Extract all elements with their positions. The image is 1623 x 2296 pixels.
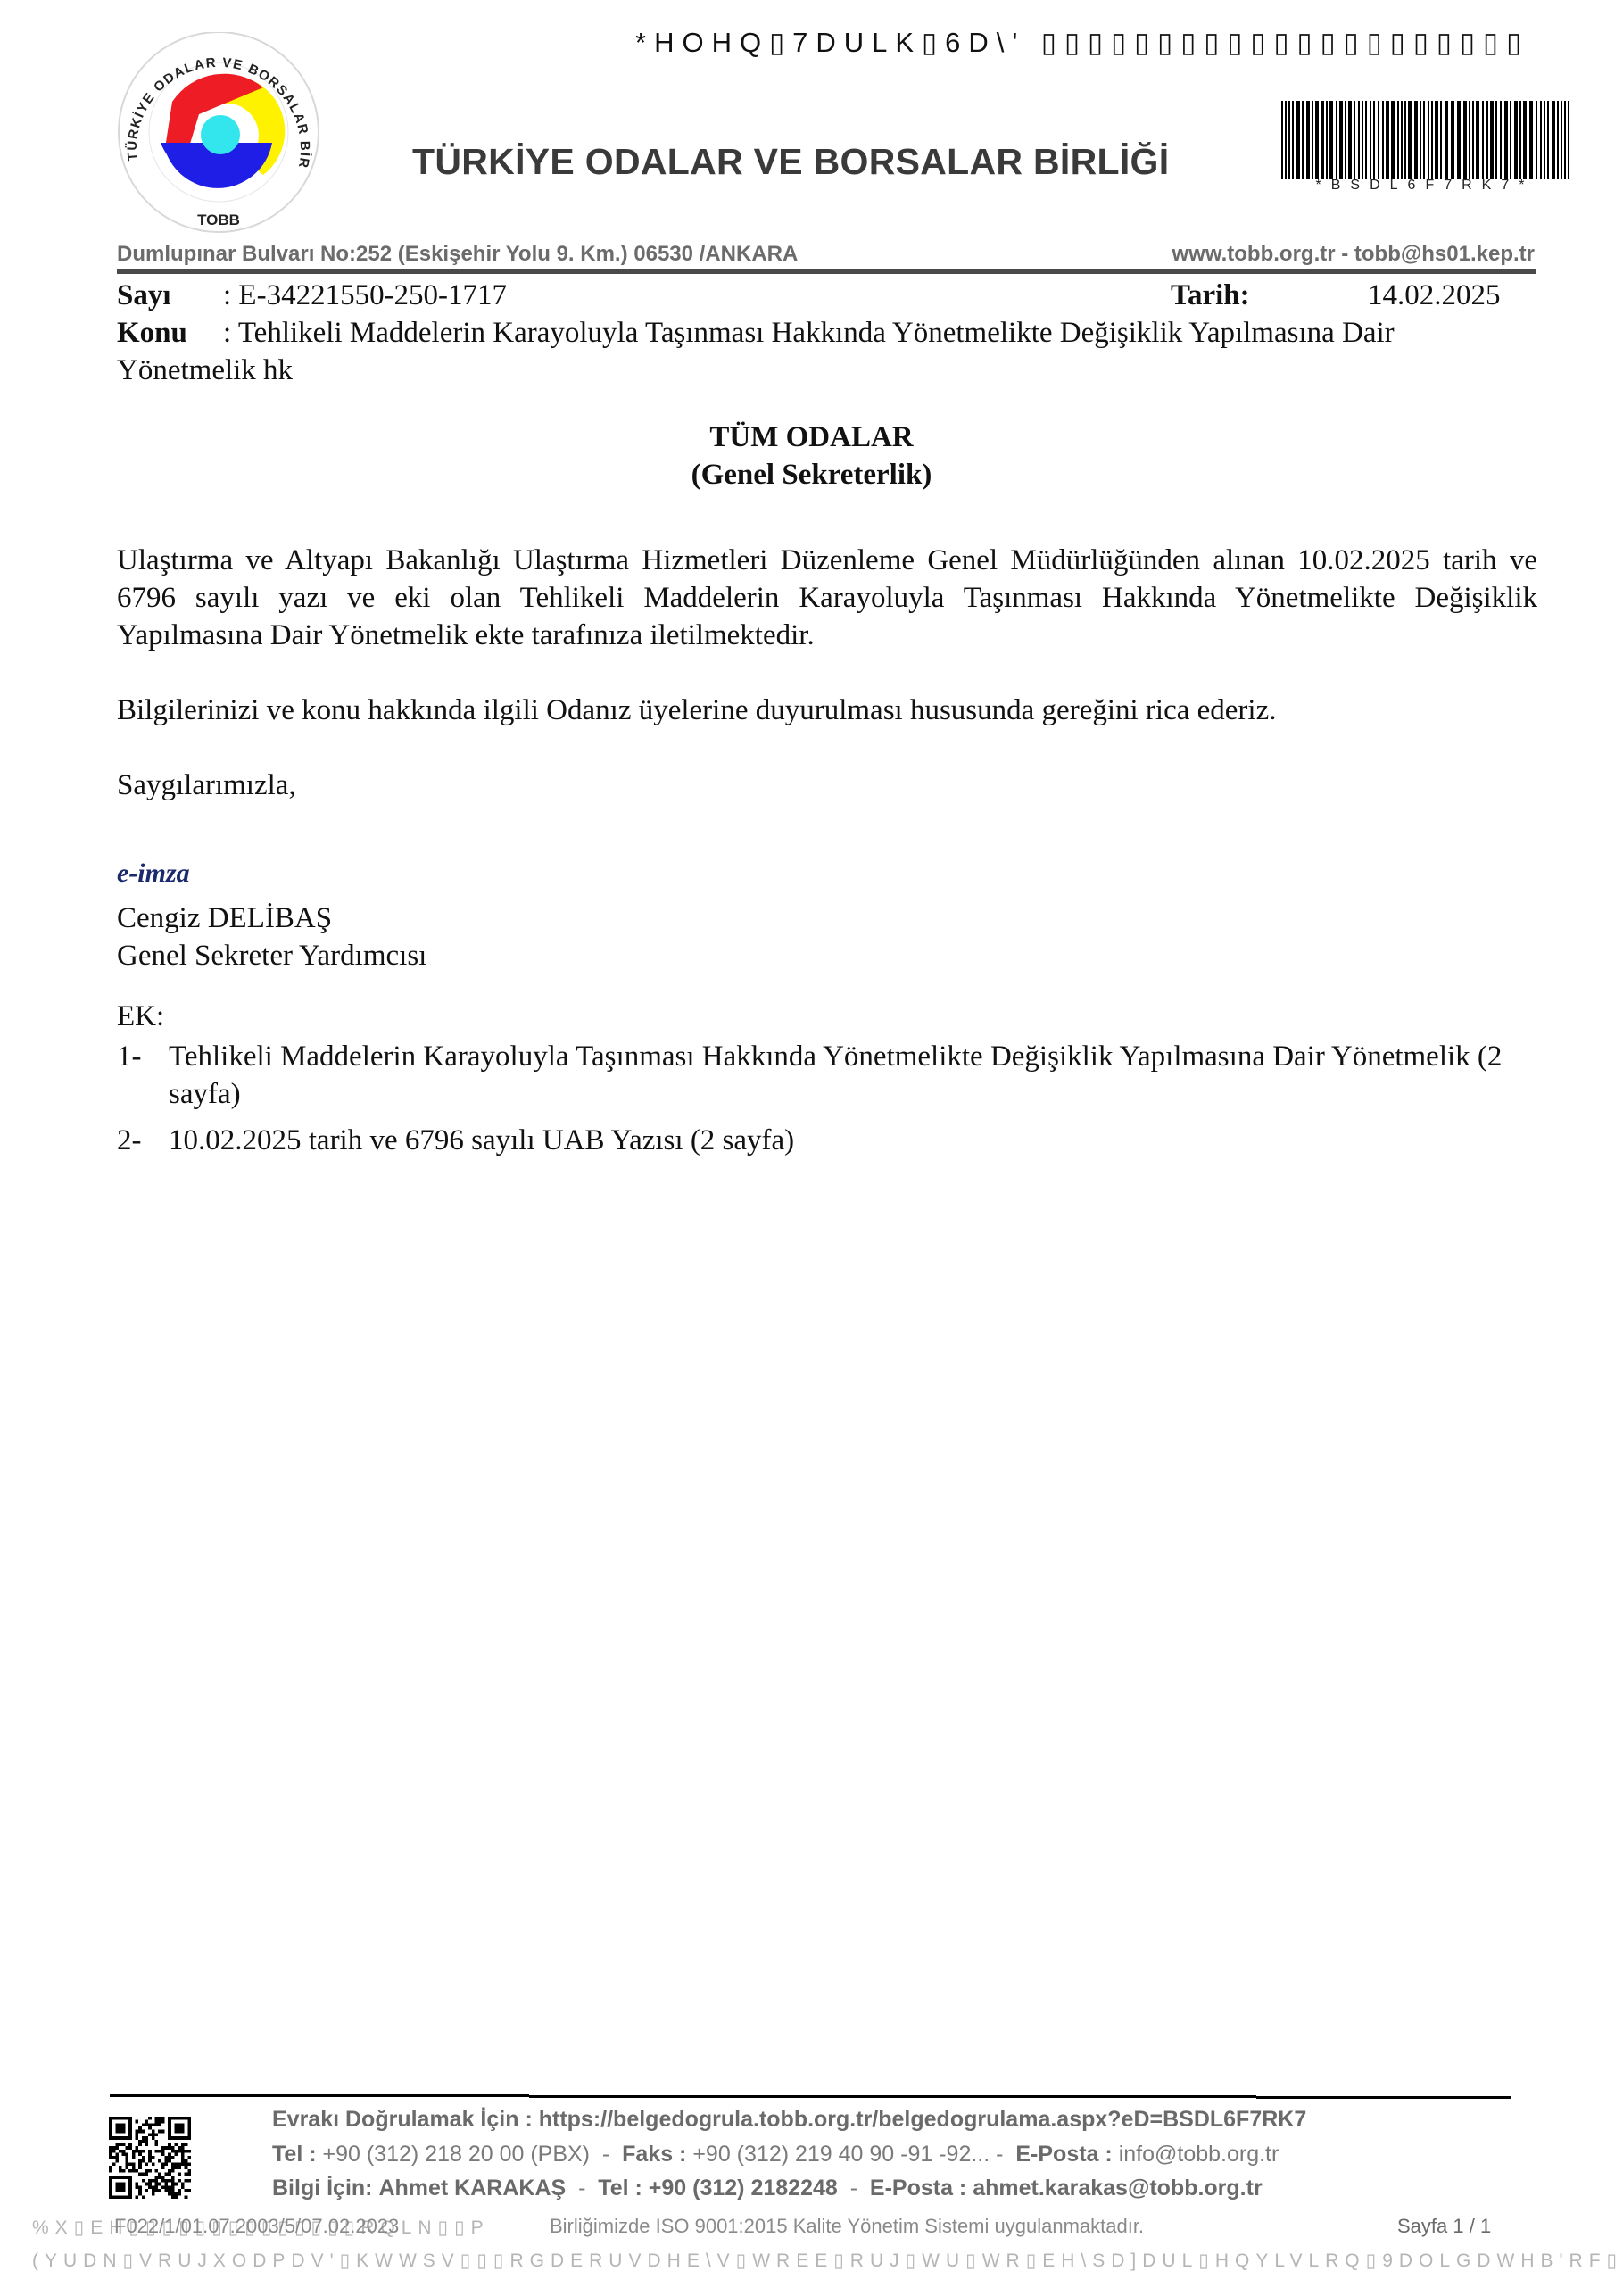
attachment-item: 1- Tehlikeli Maddelerin Karayoluyla Taşı… <box>117 1038 1544 1113</box>
info-email-link[interactable]: info@tobb.org.tr <box>1119 2142 1279 2167</box>
sayi-value: : E-34221550-250-1717 <box>223 279 507 312</box>
barcode-text: *BSDL6F7RK7* <box>1281 178 1569 194</box>
qr-code[interactable] <box>109 2117 191 2199</box>
attachment-item: 2- 10.02.2025 tarih ve 6796 sayılı UAB Y… <box>117 1122 1544 1159</box>
header-divider <box>117 269 1536 274</box>
contact-email-link[interactable]: ahmet.karakas@tobb.org.tr <box>973 2176 1262 2201</box>
addressee-line1: TÜM ODALAR <box>0 421 1623 454</box>
form-code: F022/1/01.07.2003/5/07.02.2023 <box>114 2215 399 2238</box>
org-web-contact[interactable]: www.tobb.org.tr - tobb@hs01.kep.tr <box>1172 242 1535 267</box>
footer-divider <box>110 2094 529 2097</box>
footer-divider <box>529 2095 1256 2098</box>
verify-url[interactable]: https://belgedogrula.tobb.org.tr/belgedo… <box>539 2107 1307 2132</box>
org-title: TÜRKİYE ODALAR VE BORSALAR BİRLİĞİ <box>412 141 1169 183</box>
attachment-text: Tehlikeli Maddelerin Karayoluyla Taşınma… <box>169 1038 1561 1113</box>
konu-value: : Tehlikeli Maddelerin Karayoluyla Taşın… <box>223 317 1395 350</box>
top-watermark-text: *HOHQ▯7DULK▯6D\' ▯▯▯▯▯▯▯▯▯▯▯▯▯▯▯▯▯▯▯▯▯ <box>635 27 1529 59</box>
iso-statement: Birliğimizde ISO 9001:2015 Kalite Yöneti… <box>550 2215 1144 2238</box>
sayi-row: Sayı <box>117 279 171 312</box>
signer-title: Genel Sekreter Yardımcısı <box>117 940 426 973</box>
attachment-number: 1- <box>117 1038 142 1075</box>
info-line: Bilgi İçin: Ahmet KARAKAŞ - Tel : +90 (3… <box>272 2176 1263 2201</box>
footer-garbled-text-2: (YUDN▯VRUJXODPDV'▯KWWSV▯▯▯RGDERUVDHE\V▯W… <box>32 2250 1623 2272</box>
tobb-logo: TÜRKİYE ODALAR VE BORSALAR BİRLİĞİ TOBB <box>112 32 326 239</box>
org-address: Dumlupınar Bulvarı No:252 (Eskişehir Yol… <box>117 242 798 267</box>
barcode <box>1281 101 1569 179</box>
logo-abbr: TOBB <box>197 211 240 228</box>
body-paragraph-1: Ulaştırma ve Altyapı Bakanlığı Ulaştırma… <box>117 542 1537 654</box>
sayi-label: Sayı <box>117 279 171 311</box>
body-paragraph-2: Bilgilerinizi ve konu hakkında ilgili Od… <box>117 692 1537 729</box>
footer-divider <box>1256 2096 1511 2099</box>
attachment-number: 2- <box>117 1122 142 1159</box>
addressee-line2: (Genel Sekreterlik) <box>0 459 1623 492</box>
signer-name: Cengiz DELİBAŞ <box>117 902 332 935</box>
contact-line: Tel : +90 (312) 218 20 00 (PBX) - Faks :… <box>272 2142 1279 2168</box>
attachment-text: 10.02.2025 tarih ve 6796 sayılı UAB Yazı… <box>169 1122 1561 1159</box>
konu-value-cont: Yönetmelik hk <box>117 354 293 387</box>
tarih-value: 14.02.2025 <box>1368 279 1501 312</box>
attachments-label: EK: <box>117 1000 164 1033</box>
konu-label: Konu <box>117 317 187 350</box>
page-number: Sayfa 1 / 1 <box>1397 2215 1491 2238</box>
closing: Saygılarımızla, <box>117 767 1537 804</box>
verify-line: Evrakı Doğrulamak İçin : https://belgedo… <box>272 2107 1306 2133</box>
tarih-label: Tarih: <box>1171 279 1250 312</box>
e-signature-mark: e-imza <box>117 858 190 889</box>
